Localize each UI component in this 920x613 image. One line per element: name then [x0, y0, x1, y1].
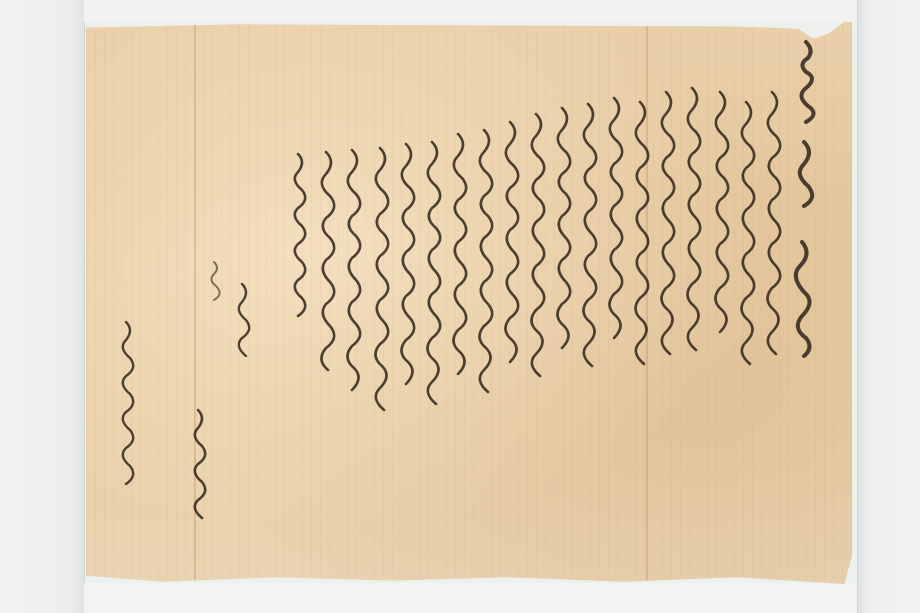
cursive-strokes — [86, 22, 852, 584]
glass-frame-bottom — [84, 583, 858, 613]
calligraphy-text — [86, 22, 852, 584]
glass-frame-right — [857, 0, 920, 613]
glass-frame-left — [0, 0, 85, 613]
glass-frame-top — [84, 0, 858, 22]
